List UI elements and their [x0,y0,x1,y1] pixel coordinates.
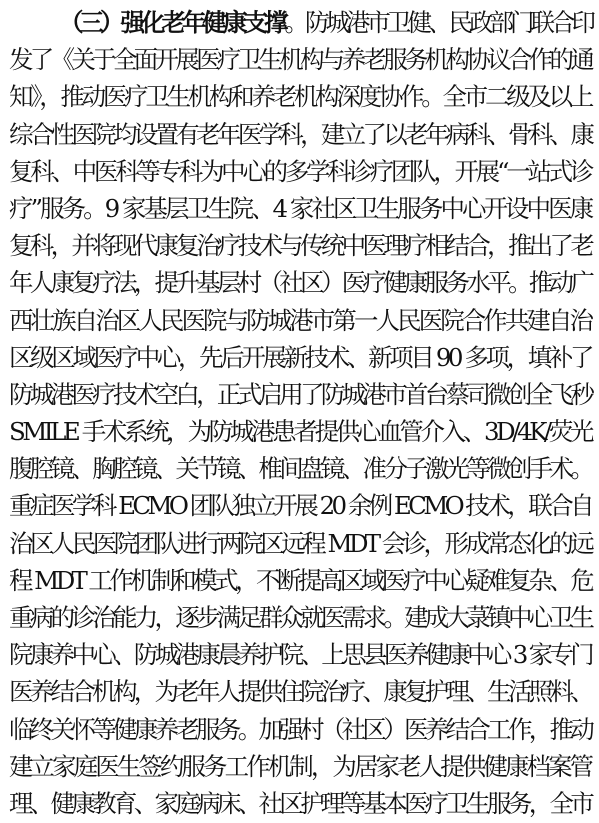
text-line: 治区人民医院团队进行两院区远程 MDT 会诊，形成常态化的远 [9,525,591,562]
text-line: 程 MDT 工作机制和模式，不断提高区域医疗中心疑难复杂、危 [9,562,591,599]
text-line: 发了《关于全面开展医疗卫生机构与养老服务机构协议合作的通 [9,41,591,78]
text-line: SMILE 手术系统，为防城港患者提供心血管介入、3D/4K/荧光 [9,413,591,450]
text-line: 区级区域医疗中心，先后开展新技术、新项目 90 多项，填补了 [9,339,591,376]
text-line: 综合性医院均设置有老年医学科，建立了以老年病科、骨科、康 [9,116,591,153]
text-line: （三）强化老年健康支撑。防城港市卫健、民政部门联合印 [9,4,591,41]
text-line: 医养结合机构，为老年人提供住院治疗、康复护理、生活照料、 [9,673,591,710]
document-page: （三）强化老年健康支撑。防城港市卫健、民政部门联合印 发了《关于全面开展医疗卫生… [0,0,599,823]
text-line: 年人康复疗法，提升基层村（社区）医疗健康服务水平。推动广 [9,264,591,301]
section-heading: （三）强化老年健康支撑 [59,8,285,37]
line-text: 。防城港市卫健、民政部门联合印 [285,8,593,37]
text-line: 建立家庭医生签约服务工作机制，为居家老人提供健康档案管 [9,748,591,785]
text-line: 复科、中医科等专科为中心的多学科诊疗团队，开展“一站式诊 [9,153,591,190]
text-line: 理、健康教育、家庭病床、社区护理等基本医疗卫生服务，全市 [9,785,591,822]
text-line: 腹腔镜、胸腔镜、关节镜、椎间盘镜、准分子激光等微创手术。 [9,450,591,487]
text-line: 知》，推动医疗卫生机构和养老机构深度协作。全市二级及以上 [9,78,591,115]
text-line: 西壮族自治区人民医院与防城港市第一人民医院合作共建自治 [9,302,591,339]
text-line: 临终关怀等健康养老服务。加强村（社区）医养结合工作，推动 [9,711,591,748]
section-paragraph: （三）强化老年健康支撑。防城港市卫健、民政部门联合印 发了《关于全面开展医疗卫生… [9,4,591,822]
text-line: 疗”服务。9 家基层卫生院、4 家社区卫生服务中心开设中医康 [9,190,591,227]
text-line: 防城港医疗技术空白，正式启用了防城港市首台蔡司微创全飞秒 [9,376,591,413]
text-line: 重症医学科 ECMO 团队独立开展 20 余例 ECMO 技术，联合自 [9,487,591,524]
text-line: 复科，并将现代康复治疗技术与传统中医理疗相结合，推出了老 [9,227,591,264]
text-line: 重病的诊治能力，逐步满足群众就医需求。建成大菉镇中心卫生 [9,599,591,636]
text-line: 院康养中心、防城港康晨养护院、上思县医养健康中心 3 家专门 [9,636,591,673]
